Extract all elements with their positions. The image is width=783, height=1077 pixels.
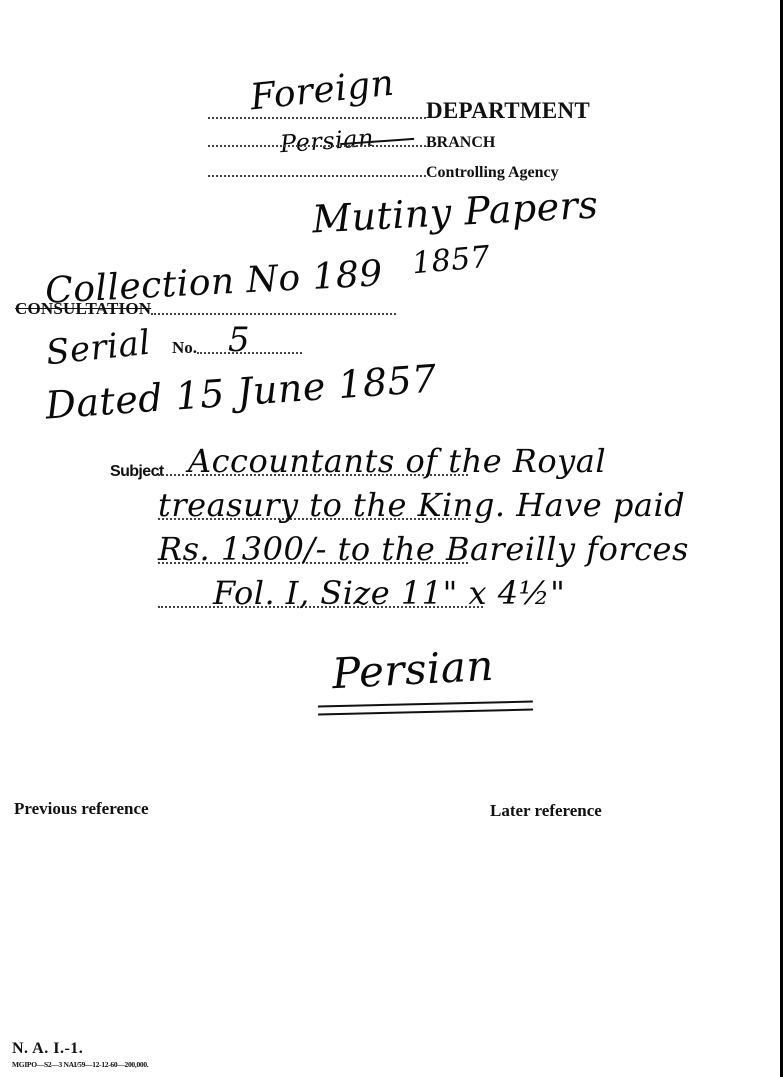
- subject-line: Fol. I, Size 11" x 4½": [158, 572, 718, 616]
- dotted-leader: [208, 175, 426, 177]
- previous-reference-label: Previous reference: [14, 799, 149, 819]
- handwritten-language-note: Persian: [331, 641, 495, 698]
- number-label: No.: [172, 338, 197, 358]
- double-underline: [318, 701, 533, 716]
- handwritten-serial: Serial: [44, 323, 152, 374]
- branch-label: BRANCH: [426, 134, 495, 152]
- consultation-field: CONSULTATION: [15, 299, 396, 319]
- subject-text: Accountants of the Royal: [188, 442, 606, 480]
- form-code: N. A. I.-1.: [12, 1040, 83, 1058]
- branch-field: BRANCH: [208, 134, 495, 152]
- dotted-leader: [208, 117, 426, 119]
- consultation-label: CONSULTATION: [15, 299, 151, 319]
- dotted-leader: [208, 145, 426, 147]
- subject-text: Fol. I, Size 11" x 4½": [213, 574, 565, 612]
- subject-text: treasury to the King. Have paid: [158, 486, 685, 524]
- dotted-leader: [151, 313, 396, 315]
- handwritten-serial-number: 5: [228, 320, 250, 360]
- handwritten-collection-title: Mutiny Papers: [311, 183, 599, 242]
- department-label: DEPARTMENT: [426, 98, 590, 124]
- handwritten-collection-year: 1857: [411, 240, 492, 282]
- department-field: DEPARTMENT: [208, 98, 590, 124]
- print-imprint: MGIPO—S2—3 NAI/59—12-12-60—200,000.: [12, 1060, 148, 1069]
- controlling-agency-label: Controlling Agency: [426, 164, 559, 182]
- subject-text: Rs. 1300/- to the Bareilly forces: [158, 530, 689, 568]
- subject-line: treasury to the King. Have paid: [158, 484, 718, 528]
- subject-line: Rs. 1300/- to the Bareilly forces: [158, 528, 718, 572]
- subject-label: Subject: [110, 463, 164, 481]
- subject-field: Subject: [110, 463, 164, 481]
- controlling-agency-field: Controlling Agency: [208, 164, 559, 182]
- later-reference-label: Later reference: [490, 801, 602, 821]
- subject-lines: Accountants of the Royal treasury to the…: [158, 440, 718, 616]
- subject-line: Accountants of the Royal: [158, 440, 718, 484]
